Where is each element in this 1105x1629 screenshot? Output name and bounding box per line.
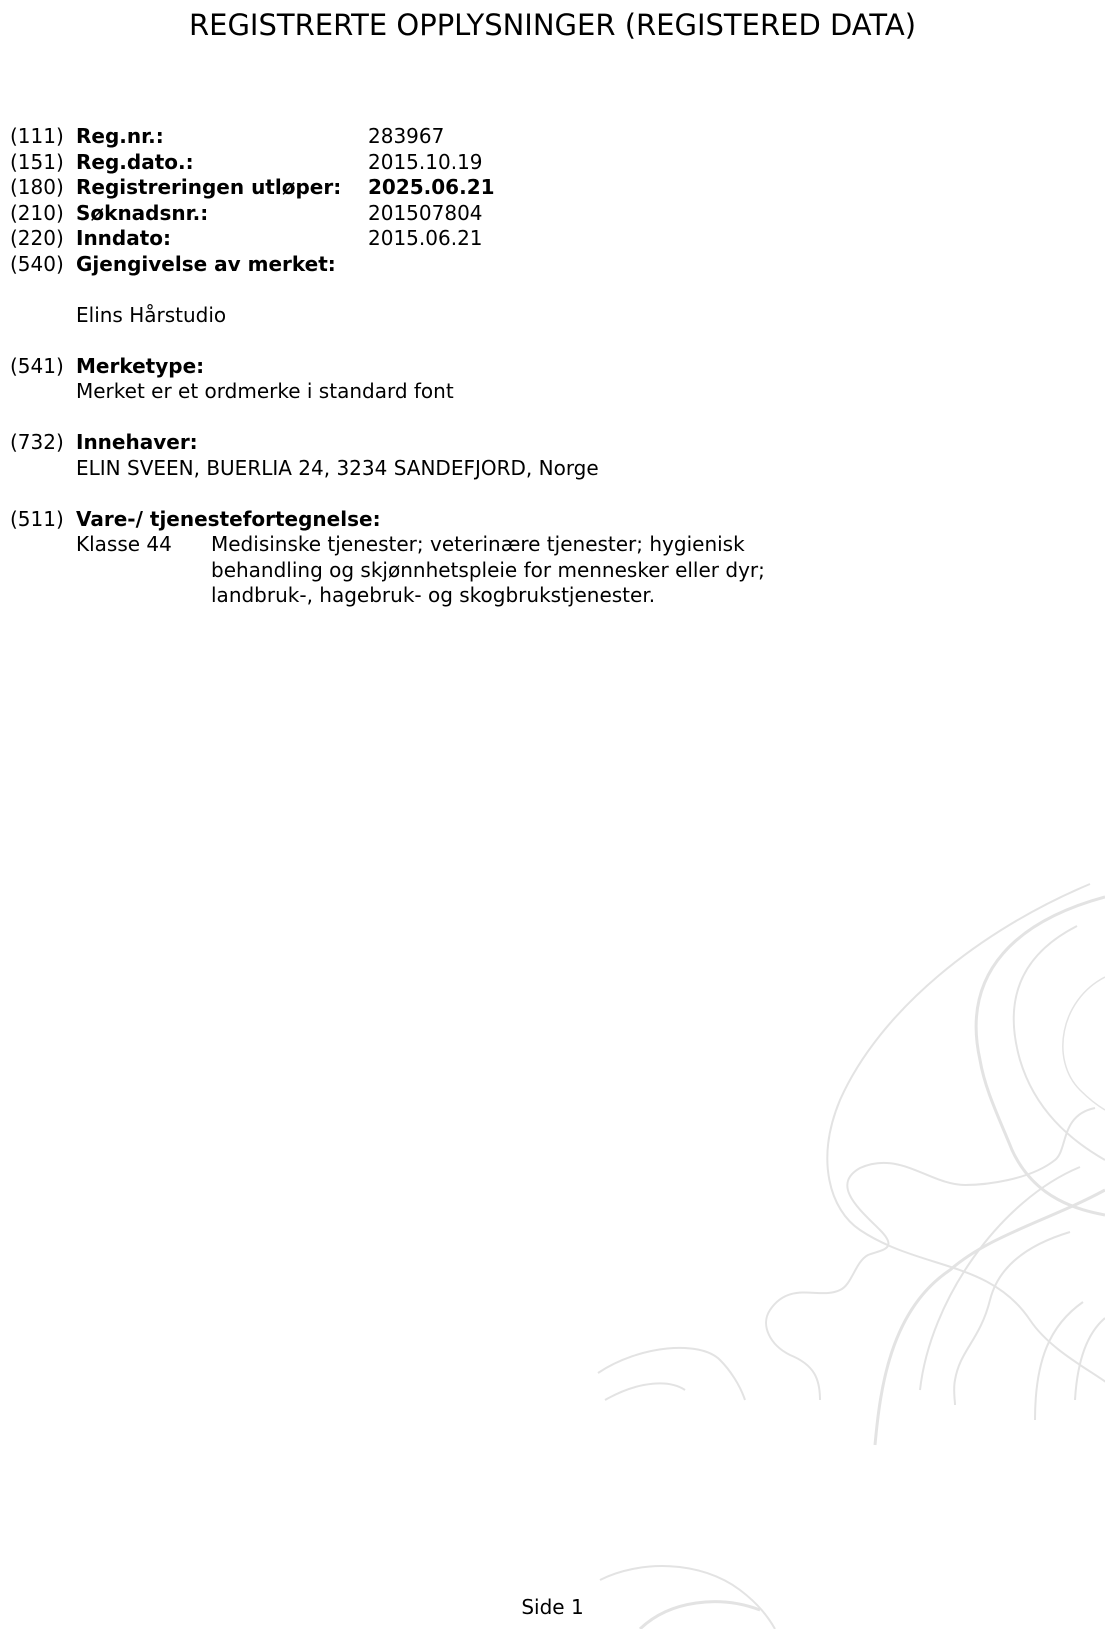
mark-type-value: Merket er et ordmerke i standard font — [10, 379, 811, 405]
owner-value: ELIN SVEEN, BUERLIA 24, 3234 SANDEFJORD,… — [10, 456, 811, 482]
field-code: (151) — [10, 150, 76, 176]
field-code: (220) — [10, 226, 76, 252]
field-label: Gjengivelse av merket: — [76, 252, 336, 278]
field-label: Merketype: — [76, 354, 204, 380]
field-code: (111) — [10, 124, 76, 150]
field-label: Vare-/ tjenestefortegnelse: — [76, 507, 381, 533]
field-label: Reg.nr.: — [76, 124, 368, 150]
field-label: Registreringen utløper: — [76, 175, 368, 201]
field-goods-services: (511) Vare-/ tjenestefortegnelse: — [10, 507, 811, 533]
field-filing-date: (220) Inndato: 2015.06.21 — [10, 226, 811, 252]
class-name: Klasse 44 — [76, 532, 211, 609]
field-value: 283967 — [368, 124, 444, 150]
field-code: (180) — [10, 175, 76, 201]
field-value: 201507804 — [368, 201, 483, 227]
class-description: Medisinske tjenester; veterinære tjenest… — [211, 532, 811, 609]
field-code: (511) — [10, 507, 76, 533]
field-mark-type: (541) Merketype: — [10, 354, 811, 380]
field-label: Søknadsnr.: — [76, 201, 368, 227]
field-reg-dato: (151) Reg.dato.: 2015.10.19 — [10, 150, 811, 176]
field-value: 2015.06.21 — [368, 226, 483, 252]
field-label: Inndato: — [76, 226, 368, 252]
class-entry: Klasse 44 Medisinske tjenester; veterinæ… — [10, 532, 811, 609]
field-label: Innehaver: — [76, 430, 198, 456]
field-code: (732) — [10, 430, 76, 456]
field-code: (541) — [10, 354, 76, 380]
registered-data-section: (111) Reg.nr.: 283967 (151) Reg.dato.: 2… — [10, 124, 811, 609]
field-expiry: (180) Registreringen utløper: 2025.06.21 — [10, 175, 811, 201]
field-code: (210) — [10, 201, 76, 227]
field-value: 2015.10.19 — [368, 150, 483, 176]
page-title: REGISTRERTE OPPLYSNINGER (REGISTERED DAT… — [0, 8, 1105, 42]
field-mark-representation: (540) Gjengivelse av merket: — [10, 252, 811, 278]
field-value: 2025.06.21 — [368, 175, 495, 201]
field-owner: (732) Innehaver: — [10, 430, 811, 456]
field-code: (540) — [10, 252, 76, 278]
field-label: Reg.dato.: — [76, 150, 368, 176]
mark-text: Elins Hårstudio — [10, 303, 811, 329]
field-reg-nr: (111) Reg.nr.: 283967 — [10, 124, 811, 150]
field-application-nr: (210) Søknadsnr.: 201507804 — [10, 201, 811, 227]
page-number: Side 1 — [0, 1595, 1105, 1619]
